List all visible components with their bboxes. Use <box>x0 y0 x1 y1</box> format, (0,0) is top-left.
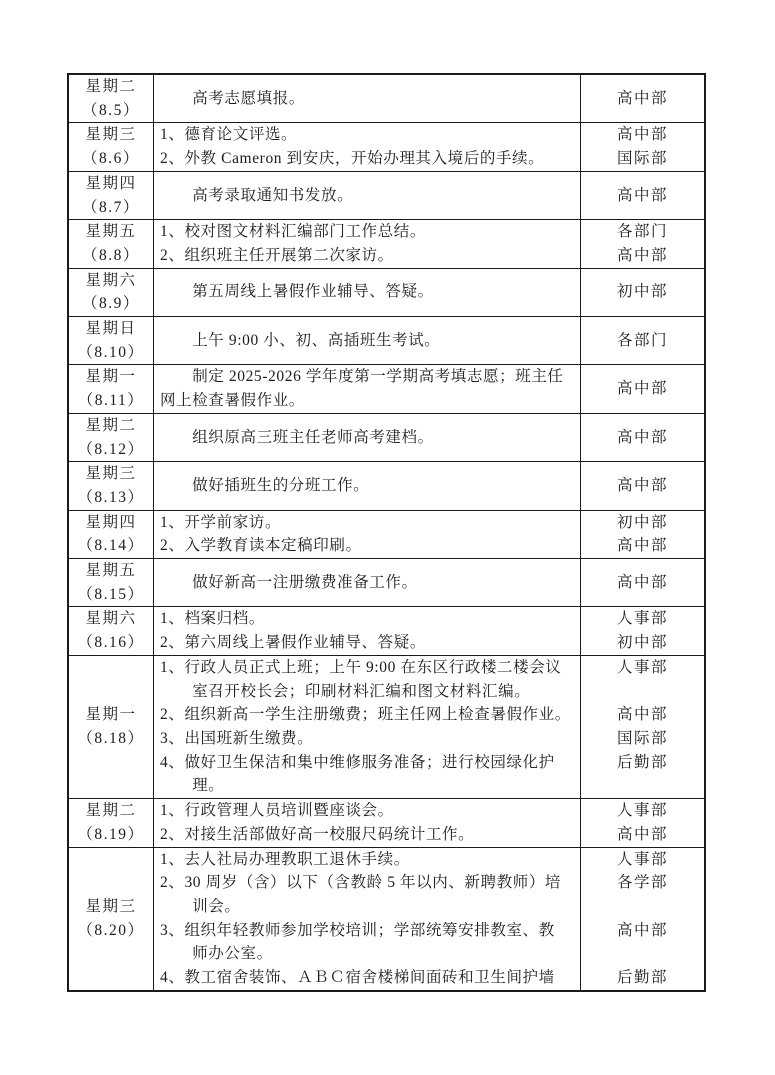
task-cell: 第五周线上暑假作业辅导、答疑。 <box>154 269 581 316</box>
day-label: 星期六 <box>85 269 136 293</box>
task-cell: 1、行政人员正式上班；上午 9:00 在东区行政楼二楼会议 室召开校长会；印刷材… <box>154 656 581 798</box>
date-label: （8.15） <box>77 583 144 607</box>
department-cell: 初中部高中部 <box>581 511 704 558</box>
department-label: 高中部 <box>617 123 668 147</box>
task-line: 2、入学教育读本定稿印刷。 <box>160 534 577 558</box>
department-label: 高中部 <box>617 823 668 847</box>
table-row: 星期五（8.8）1、校对图文材料汇编部门工作总结。2、组织班主任开展第二次家访。… <box>69 220 704 268</box>
department-label: 初中部 <box>617 631 668 655</box>
department-label: 高中部 <box>617 703 668 727</box>
task-line: 2、组织新高一学生注册缴费；班主任网上检查暑假作业。 <box>160 703 577 727</box>
table-row: 星期一（8.11） 制定 2025-2026 学年度第一学期高考填志愿；班主任网… <box>69 365 704 413</box>
task-cell: 组织原高三班主任老师高考建档。 <box>154 414 581 461</box>
task-line: 高考志愿填报。 <box>160 87 577 111</box>
date-label: （8.20） <box>77 919 144 943</box>
table-row: 星期六（8.16）1、档案归档。2、第六周线上暑假作业辅导、答疑。人事部初中部 <box>69 607 704 655</box>
department-cell: 高中部 <box>581 559 704 606</box>
task-cell: 1、开学前家访。2、入学教育读本定稿印刷。 <box>154 511 581 558</box>
day-label: 星期一 <box>85 703 136 727</box>
table-row: 星期一（8.18）1、行政人员正式上班；上午 9:00 在东区行政楼二楼会议 室… <box>69 656 704 799</box>
department-cell: 人事部高中部 <box>581 799 704 846</box>
day-date-cell: 星期日（8.10） <box>69 317 154 364</box>
department-label: 人事部 <box>617 799 668 823</box>
table-row: 星期二（8.19）1、行政管理人员培训暨座谈会。2、对接生活部做好高一校服尺码统… <box>69 799 704 847</box>
day-label: 星期二 <box>85 414 136 438</box>
table-row: 星期六（8.9） 第五周线上暑假作业辅导、答疑。初中部 <box>69 269 704 317</box>
department-label: 人事部 <box>617 848 668 872</box>
table-row: 星期二（8.5） 高考志愿填报。高中部 <box>69 75 704 123</box>
date-label: （8.13） <box>77 486 144 510</box>
task-line: 组织原高三班主任老师高考建档。 <box>160 426 577 450</box>
date-label: （8.19） <box>77 823 144 847</box>
department-label: 人事部 <box>617 607 668 631</box>
task-cell: 高考志愿填报。 <box>154 75 581 122</box>
department-cell: 人事部初中部 <box>581 607 704 654</box>
task-cell: 1、校对图文材料汇编部门工作总结。2、组织班主任开展第二次家访。 <box>154 220 581 267</box>
day-label: 星期三 <box>85 123 136 147</box>
department-cell: 各部门高中部 <box>581 220 704 267</box>
department-label: 各部门 <box>617 329 668 353</box>
department-label: 高中部 <box>617 377 668 401</box>
table-row: 星期三（8.6）1、德育论文评选。2、外教 Cameron 到安庆，开始办理其入… <box>69 123 704 171</box>
table-row: 星期四（8.7） 高考录取通知书发放。高中部 <box>69 172 704 220</box>
task-line: 制定 2025-2026 学年度第一学期高考填志愿；班主任 <box>160 365 577 389</box>
day-date-cell: 星期三（8.20） <box>69 848 154 990</box>
table-row: 星期三（8.13） 做好插班生的分班工作。高中部 <box>69 462 704 510</box>
day-label: 星期日 <box>85 317 136 341</box>
department-label: 人事部 <box>617 656 668 680</box>
document-page: 星期二（8.5） 高考志愿填报。高中部星期三（8.6）1、德育论文评选。2、外教… <box>0 0 775 1075</box>
task-cell: 制定 2025-2026 学年度第一学期高考填志愿；班主任网上检查暑假作业。 <box>154 365 581 412</box>
task-line: 上午 9:00 小、初、高插班生考试。 <box>160 329 577 353</box>
task-line: 2、对接生活部做好高一校服尺码统计工作。 <box>160 823 577 847</box>
task-line: 理。 <box>160 774 577 798</box>
date-label: （8.12） <box>77 438 144 462</box>
date-label: （8.16） <box>77 631 144 655</box>
task-line: 2、第六周线上暑假作业辅导、答疑。 <box>160 631 577 655</box>
date-label: （8.11） <box>78 389 145 413</box>
date-label: （8.5） <box>82 99 140 123</box>
department-label: 高中部 <box>617 571 668 595</box>
task-line: 3、出国班新生缴费。 <box>160 727 577 751</box>
task-line: 1、行政人员正式上班；上午 9:00 在东区行政楼二楼会议 <box>160 656 577 680</box>
table-row: 星期二（8.12） 组织原高三班主任老师高考建档。高中部 <box>69 414 704 462</box>
department-cell: 人事部各学部高中部后勤部 <box>581 848 704 990</box>
day-label: 星期五 <box>85 559 136 583</box>
department-label: 高中部 <box>617 244 668 268</box>
department-cell: 人事部高中部国际部后勤部 <box>581 656 704 798</box>
date-label: （8.7） <box>82 196 140 220</box>
task-line: 1、行政管理人员培训暨座谈会。 <box>160 799 577 823</box>
department-label: 国际部 <box>617 147 668 171</box>
task-line: 3、组织年轻教师参加学校培训；学部统筹安排教室、教 <box>160 919 577 943</box>
schedule-table: 星期二（8.5） 高考志愿填报。高中部星期三（8.6）1、德育论文评选。2、外教… <box>67 73 706 992</box>
day-date-cell: 星期五（8.15） <box>69 559 154 606</box>
department-label: 高中部 <box>617 426 668 450</box>
table-row: 星期三（8.20）1、去人社局办理教职工退休手续。2、30 周岁（含）以下（含教… <box>69 848 704 990</box>
day-date-cell: 星期五（8.8） <box>69 220 154 267</box>
department-label: 初中部 <box>617 511 668 535</box>
department-label: 高中部 <box>617 534 668 558</box>
date-label: （8.18） <box>77 727 144 751</box>
department-cell: 高中部 <box>581 365 704 412</box>
day-label: 星期三 <box>85 462 136 486</box>
day-date-cell: 星期二（8.19） <box>69 799 154 846</box>
task-cell: 1、档案归档。2、第六周线上暑假作业辅导、答疑。 <box>154 607 581 654</box>
task-line: 第五周线上暑假作业辅导、答疑。 <box>160 280 577 304</box>
task-cell: 做好插班生的分班工作。 <box>154 462 581 509</box>
department-label: 各部门 <box>617 220 668 244</box>
department-cell: 高中部 <box>581 172 704 219</box>
task-cell: 1、德育论文评选。2、外教 Cameron 到安庆，开始办理其入境后的手续。 <box>154 123 581 170</box>
task-cell: 1、去人社局办理教职工退休手续。2、30 周岁（含）以下（含教龄 5 年以内、新… <box>154 848 581 990</box>
day-label: 星期四 <box>85 172 136 196</box>
department-label: 高中部 <box>617 474 668 498</box>
task-line: 2、组织班主任开展第二次家访。 <box>160 244 577 268</box>
task-line: 做好新高一注册缴费准备工作。 <box>160 571 577 595</box>
day-date-cell: 星期四（8.14） <box>69 511 154 558</box>
date-label: （8.9） <box>82 292 140 316</box>
task-line: 网上检查暑假作业。 <box>160 389 577 413</box>
task-line: 1、校对图文材料汇编部门工作总结。 <box>160 220 577 244</box>
task-line: 做好插班生的分班工作。 <box>160 474 577 498</box>
task-line: 1、去人社局办理教职工退休手续。 <box>160 848 577 872</box>
task-line: 1、德育论文评选。 <box>160 123 577 147</box>
task-line: 1、档案归档。 <box>160 607 577 631</box>
day-date-cell: 星期三（8.6） <box>69 123 154 170</box>
day-label: 星期二 <box>85 799 136 823</box>
task-cell: 1、行政管理人员培训暨座谈会。2、对接生活部做好高一校服尺码统计工作。 <box>154 799 581 846</box>
task-line: 训会。 <box>160 895 577 919</box>
department-label: 各学部 <box>617 871 668 895</box>
day-date-cell: 星期六（8.9） <box>69 269 154 316</box>
task-line: 4、教工宿舍装饰、ＡＢＣ宿舍楼梯间面砖和卫生间护墙 <box>160 966 577 990</box>
task-line: 高考录取通知书发放。 <box>160 184 577 208</box>
task-cell: 高考录取通知书发放。 <box>154 172 581 219</box>
department-label: 后勤部 <box>617 966 668 990</box>
day-date-cell: 星期二（8.5） <box>69 75 154 122</box>
task-line: 1、开学前家访。 <box>160 511 577 535</box>
department-label: 高中部 <box>617 919 668 943</box>
department-cell: 高中部 <box>581 462 704 509</box>
department-label: 高中部 <box>617 87 668 111</box>
date-label: （8.6） <box>82 147 140 171</box>
department-label: 高中部 <box>617 184 668 208</box>
day-date-cell: 星期四（8.7） <box>69 172 154 219</box>
table-row: 星期四（8.14）1、开学前家访。2、入学教育读本定稿印刷。初中部高中部 <box>69 511 704 559</box>
day-date-cell: 星期三（8.13） <box>69 462 154 509</box>
day-label: 星期三 <box>85 895 136 919</box>
department-label: 后勤部 <box>617 751 668 775</box>
day-label: 星期五 <box>85 220 136 244</box>
day-date-cell: 星期一（8.18） <box>69 656 154 798</box>
department-cell: 初中部 <box>581 269 704 316</box>
date-label: （8.8） <box>82 244 140 268</box>
day-label: 星期一 <box>85 365 136 389</box>
department-cell: 各部门 <box>581 317 704 364</box>
department-label: 初中部 <box>617 280 668 304</box>
table-row: 星期五（8.15） 做好新高一注册缴费准备工作。高中部 <box>69 559 704 607</box>
day-date-cell: 星期六（8.16） <box>69 607 154 654</box>
department-cell: 高中部 <box>581 75 704 122</box>
task-cell: 做好新高一注册缴费准备工作。 <box>154 559 581 606</box>
day-label: 星期二 <box>85 75 136 99</box>
task-line: 2、30 周岁（含）以下（含教龄 5 年以内、新聘教师）培 <box>160 871 577 895</box>
day-date-cell: 星期二（8.12） <box>69 414 154 461</box>
department-cell: 高中部国际部 <box>581 123 704 170</box>
day-label: 星期六 <box>85 607 136 631</box>
date-label: （8.14） <box>77 534 144 558</box>
task-line: 4、做好卫生保洁和集中维修服务准备；进行校园绿化护 <box>160 751 577 775</box>
day-label: 星期四 <box>85 511 136 535</box>
task-cell: 上午 9:00 小、初、高插班生考试。 <box>154 317 581 364</box>
task-line: 室召开校长会；印刷材料汇编和图文材料汇编。 <box>160 680 577 704</box>
task-line: 师办公室。 <box>160 942 577 966</box>
day-date-cell: 星期一（8.11） <box>69 365 154 412</box>
department-cell: 高中部 <box>581 414 704 461</box>
table-row: 星期日（8.10） 上午 9:00 小、初、高插班生考试。各部门 <box>69 317 704 365</box>
department-label: 国际部 <box>617 727 668 751</box>
task-line: 2、外教 Cameron 到安庆，开始办理其入境后的手续。 <box>160 147 577 171</box>
date-label: （8.10） <box>77 341 144 365</box>
